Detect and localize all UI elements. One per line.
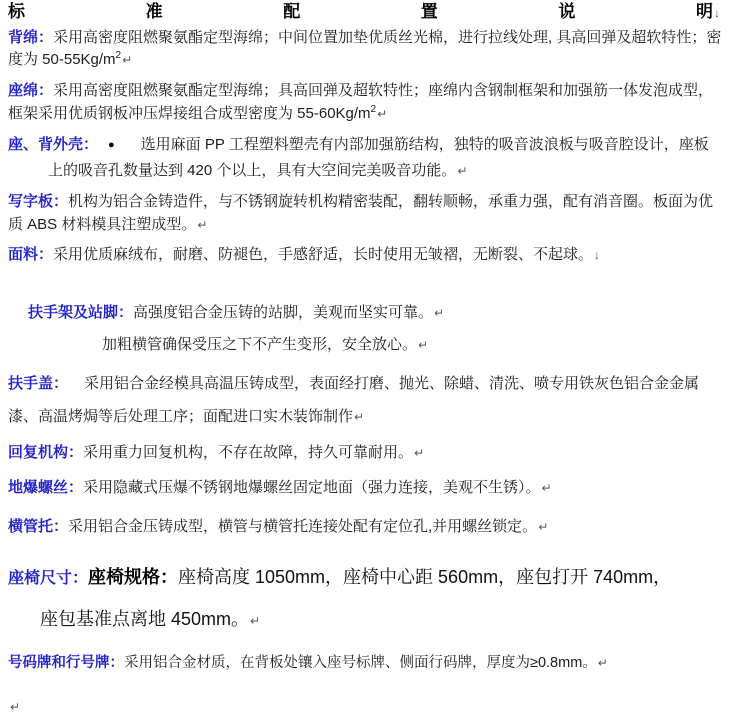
paragraph-mark: ↵ xyxy=(196,218,207,232)
section-body: 采用铝合金压铸成型，横管与横管托连接处配有定位孔,并用螺丝锁定。 xyxy=(68,518,537,535)
title-char: 说 xyxy=(558,2,575,22)
paragraph-mark: ↵ xyxy=(8,700,20,712)
linebreak-mark: ↓ xyxy=(593,248,600,262)
section-line: 座包基准点离地 450mm。↵ xyxy=(8,599,722,641)
paragraph-mark: ↵ xyxy=(433,306,444,320)
section-number-plates: 号码牌和行号牌：采用铝合金材质，在背板处镶入座号标牌、侧面行码牌，厚度为≥0.8… xyxy=(8,652,722,674)
section-label: 座绵： xyxy=(8,82,53,99)
section-return-mechanism: 回复机构：采用重力回复机构，不存在故障，持久可靠耐用。↵ xyxy=(8,442,722,464)
section-body: 采用优质麻绒布，耐磨、防褪色，手感舒适，长时使用无皱褶，无断裂、不起球。 xyxy=(53,246,593,263)
section-shell: 座、背外壳：●选用麻面 PP 工程塑料塑壳有内部加强筋结构，独特的吸音波浪板与吸… xyxy=(8,132,722,184)
section-label: 地爆螺丝： xyxy=(8,479,83,496)
section-crossbar-support: 横管托：采用铝合金压铸成型，横管与横管托连接处配有定位孔,并用螺丝锁定。↵ xyxy=(8,516,722,538)
paragraph-mark: ↵ xyxy=(597,656,608,670)
section-body: 加粗横管确保受压之下不产生变形，安全放心。 xyxy=(102,336,417,353)
section-body: 采用高密度阻燃聚氨酯定型海绵；具高回弹及超软特性；座绵内含钢制框架和加强筋一体发… xyxy=(8,82,713,122)
section-label: 扶手盖： xyxy=(8,375,68,392)
section-floor-anchor-screws: 地爆螺丝：采用隐藏式压爆不锈钢地爆螺丝固定地面（强力连接，美观不生锈）。↵ xyxy=(8,477,722,499)
section-label: 座、背外壳： xyxy=(8,136,98,153)
section-label: 横管托： xyxy=(8,518,68,535)
section-label: 座椅尺寸： xyxy=(8,570,88,587)
paragraph-mark: ↵ xyxy=(413,446,424,460)
section-armrest-cover: 扶手盖：采用铝合金经模具高温压铸成型，表面经打磨、抛光、除蜡、清洗、喷专用铁灰色… xyxy=(8,367,722,434)
document-page: 标 准 配 置 说 明↓ 背绵：采用高密度阻燃聚氨酯定型海绵；中间位置加垫优质丝… xyxy=(0,0,730,712)
section-body: 高强度铝合金压铸的站脚，美观而坚实可靠。 xyxy=(133,304,433,321)
section-label: 写字板： xyxy=(8,193,68,210)
title-char: 置 xyxy=(421,2,438,22)
section-fabric: 面料：采用优质麻绒布，耐磨、防褪色，手感舒适，长时使用无皱褶，无断裂、不起球。↓ xyxy=(8,244,722,266)
paragraph-mark: ↵ xyxy=(249,614,260,628)
section-body: 座椅高度 1050mm，座椅中心距 560mm，座包打开 740mm， xyxy=(178,567,671,587)
paragraph-mark: ↵ xyxy=(353,410,364,424)
section-body: 采用铝合金材质，在背板处镶入座号标牌、侧面行码牌，厚度为≥0.8mm。 xyxy=(124,655,597,671)
paragraph-mark: ↵ xyxy=(456,164,467,178)
paragraph-mark: ↵ xyxy=(417,338,428,352)
empty-paragraph: ↵ xyxy=(8,698,722,712)
bullet-icon: ● xyxy=(108,139,115,151)
paragraph-mark: ↵ xyxy=(537,520,548,534)
section-body: 机构为铝合金铸造件，与不锈钢旋转机构精密装配，翻转顺畅，承重力强，配有消音圈。板… xyxy=(8,193,713,233)
section-line: 座椅尺寸：座椅规格：座椅高度 1050mm，座椅中心距 560mm，座包打开 7… xyxy=(8,557,722,599)
section-label: 号码牌和行号牌： xyxy=(8,655,124,671)
paragraph-mark: ↵ xyxy=(121,53,132,67)
section-body: 选用麻面 PP 工程塑料塑壳有内部加强筋结构，独特的吸音波浪板与吸音腔设计，座板… xyxy=(48,136,709,179)
paragraph-mark: ↵ xyxy=(376,107,387,121)
section-seat-foam: 座绵：采用高密度阻燃聚氨酯定型海绵；具高回弹及超软特性；座绵内含钢制框架和加强筋… xyxy=(8,79,722,126)
section-body: 采用重力回复机构，不存在故障，持久可靠耐用。 xyxy=(83,444,413,461)
section-label: 背绵： xyxy=(8,29,53,46)
title-char: 准 xyxy=(146,2,163,22)
title-char: 标 xyxy=(8,2,25,22)
title-char: 明↓ xyxy=(696,2,720,23)
section-line: 加粗横管确保受压之下不产生变形，安全放心。↵ xyxy=(8,329,722,361)
paragraph-mark: ↵ xyxy=(541,481,552,495)
section-label: 面料： xyxy=(8,246,53,263)
section-writing-board: 写字板：机构为铝合金铸造件，与不锈钢旋转机构精密装配，翻转顺畅，承重力强，配有消… xyxy=(8,190,722,237)
section-body: 采用高密度阻燃聚氨酯定型海绵；中间位置加垫优质丝光棉，进行拉线处理, 具高回弹及… xyxy=(8,29,721,68)
section-label: 回复机构： xyxy=(8,444,83,461)
section-subheading: 座椅规格： xyxy=(88,567,178,587)
linebreak-mark: ↓ xyxy=(713,6,720,20)
section-label: 扶手架及站脚： xyxy=(28,304,133,321)
section-seat-dimensions: 座椅尺寸：座椅规格：座椅高度 1050mm，座椅中心距 560mm，座包打开 7… xyxy=(8,557,722,641)
section-back-foam: 背绵：采用高密度阻燃聚氨酯定型海绵；中间位置加垫优质丝光棉，进行拉线处理, 具高… xyxy=(8,27,722,71)
section-body: 采用隐藏式压爆不锈钢地爆螺丝固定地面（强力连接，美观不生锈）。 xyxy=(83,479,541,496)
title-char: 配 xyxy=(283,2,300,22)
section-armrest-frame-legs: 扶手架及站脚：高强度铝合金压铸的站脚，美观而坚实可靠。↵ 加粗横管确保受压之下不… xyxy=(8,297,722,361)
section-body: 座包基准点离地 450mm。 xyxy=(40,609,249,629)
section-line: 扶手架及站脚：高强度铝合金压铸的站脚，美观而坚实可靠。↵ xyxy=(8,297,722,329)
document-title: 标 准 配 置 说 明↓ xyxy=(8,2,720,23)
